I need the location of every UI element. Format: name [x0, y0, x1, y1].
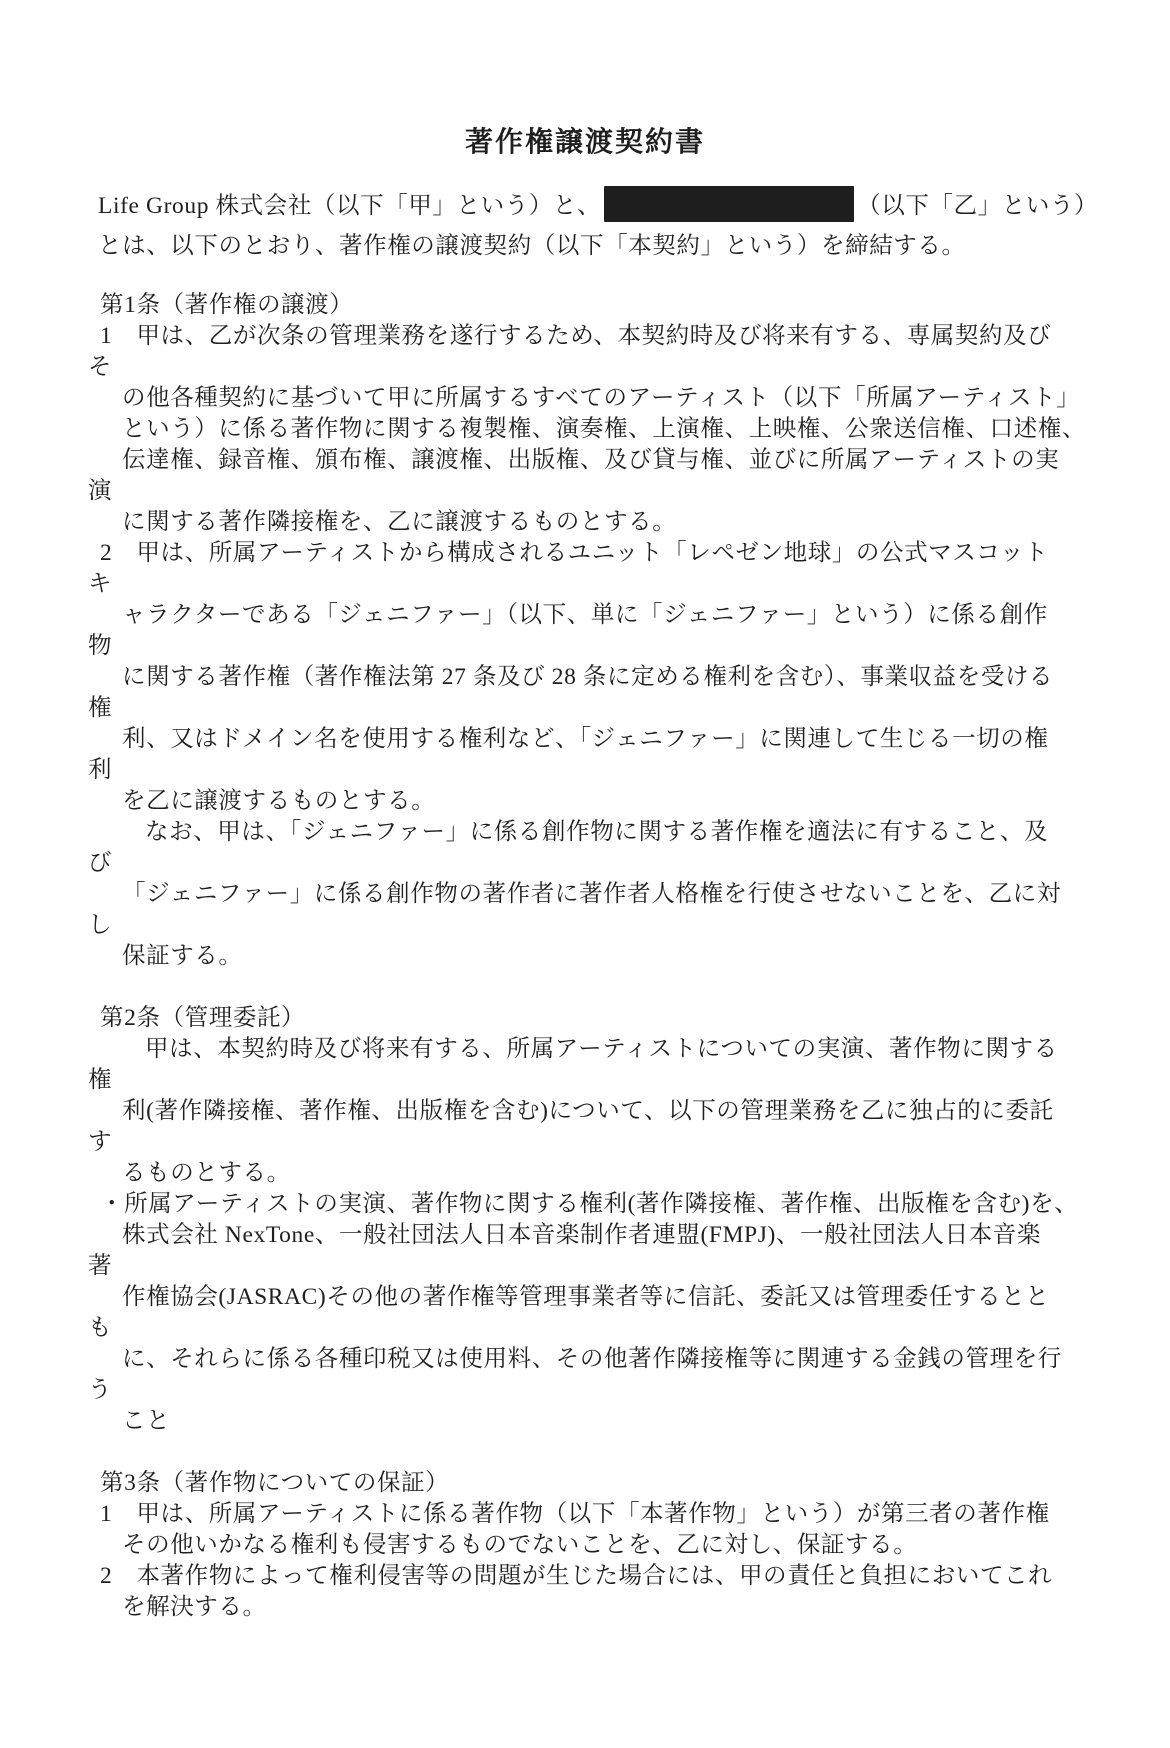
document-line: 「ジェニファー」に係る創作物の著作者に著作者人格権を行使させないことを、乙に対 [122, 879, 1086, 910]
document-line: 物 [88, 631, 1086, 662]
document-line: 1 甲は、所属アーティストに係る著作物（以下「本著作物」という）が第三者の著作権 [100, 1499, 1086, 1530]
document-line: 2 甲は、所属アーティストから構成されるユニット「レペゼン地球」の公式マスコット [100, 538, 1086, 569]
document-line: という）に係る著作物に関する複製権、演奏権、上演権、上映権、公衆送信権、口述権、 [122, 414, 1086, 445]
document-page: 著作権譲渡契約書 Life Group 株式会社（以下「甲」という）と、（以下「… [0, 0, 1170, 1748]
document-line: し [88, 910, 1086, 941]
document-line: 演 [88, 476, 1086, 507]
blank-line [88, 972, 1086, 1003]
document-line: に関する著作隣接権を、乙に譲渡するものとする。 [122, 507, 1086, 538]
document-line: 伝達権、録音権、頒布権、譲渡権、出版権、及び貸与権、並びに所属アーティストの実 [122, 445, 1086, 476]
document-line: 権 [88, 693, 1086, 724]
intro-text-before-redaction: Life Group 株式会社（以下「甲」という）と、 [98, 193, 601, 219]
document-line: に関する著作権（著作権法第 27 条及び 28 条に定める権利を含む）、事業収益… [122, 662, 1086, 693]
document-line: 利 [88, 755, 1086, 786]
document-line: 甲は、本契約時及び将来有する、所属アーティストについての実演、著作物に関する [145, 1034, 1086, 1065]
document-line: ャラクターである「ジェニファー」（以下、単に「ジェニファー」という）に係る創作 [122, 600, 1086, 631]
document-line: 作権協会(JASRAC)その他の著作権等管理事業者等に信託、委託又は管理委任する… [122, 1282, 1086, 1313]
document-line: 株式会社 NexTone、一般社団法人日本音楽制作者連盟(FMPJ)、一般社団法… [122, 1220, 1086, 1251]
intro-paragraph: Life Group 株式会社（以下「甲」という）と、（以下「乙」という） とは… [98, 186, 1098, 266]
redaction-box [604, 186, 854, 222]
document-line: 第3条（著作物についての保証） [100, 1468, 1086, 1499]
document-line: なお、甲は、「ジェニファー」に係る創作物に関する著作権を適法に有すること、及 [145, 817, 1086, 848]
document-line: を乙に譲渡するものとする。 [122, 786, 1086, 817]
document-line: う [88, 1375, 1086, 1406]
document-title: 著作権譲渡契約書 [88, 120, 1082, 160]
document-line: そ [88, 352, 1086, 383]
intro-line: とは、以下のとおり、著作権の譲渡契約（以下「本契約」という）を締結する。 [98, 226, 1098, 266]
document-line: 第1条（著作権の譲渡） [100, 290, 1086, 321]
intro-line: Life Group 株式会社（以下「甲」という）と、（以下「乙」という） [98, 186, 1098, 226]
document-line: 保証する。 [122, 941, 1086, 972]
document-line: に、それらに係る各種印税又は使用料、その他著作隣接権等に関連する金銭の管理を行 [122, 1344, 1086, 1375]
document-line: その他いかなる権利も侵害するものでないことを、乙に対し、保証する。 [122, 1530, 1086, 1561]
document-line: キ [88, 569, 1086, 600]
document-line: 第2条（管理委託） [100, 1003, 1086, 1034]
blank-line [88, 1437, 1086, 1468]
document-line: 2 本著作物によって権利侵害等の問題が生じた場合には、甲の責任と負担においてこれ [100, 1561, 1086, 1592]
document-line: 権 [88, 1065, 1086, 1096]
document-line: 利(著作隣接権、著作権、出版権を含む)について、以下の管理業務を乙に独占的に委託 [122, 1096, 1086, 1127]
document-line: こと [122, 1406, 1086, 1437]
document-line: を解決する。 [122, 1592, 1086, 1623]
intro-text-after-redaction: （以下「乙」という） [857, 193, 1098, 219]
document-line: 1 甲は、乙が次条の管理業務を遂行するため、本契約時及び将来有する、専属契約及び [100, 321, 1086, 352]
document-line: るものとする。 [122, 1158, 1086, 1189]
document-line: 利、又はドメイン名を使用する権利など、「ジェニファー」に関連して生じる一切の権 [122, 724, 1086, 755]
document-line: も [88, 1313, 1086, 1344]
document-line: び [88, 848, 1086, 879]
document-line: 著 [88, 1251, 1086, 1282]
document-line: す [88, 1127, 1086, 1158]
document-line: ・所属アーティストの実演、著作物に関する権利(著作隣接権、著作権、出版権を含む)… [100, 1189, 1086, 1220]
document-body: 第1条（著作権の譲渡）1 甲は、乙が次条の管理業務を遂行するため、本契約時及び将… [88, 290, 1086, 1623]
document-line: の他各種契約に基づいて甲に所属するすべてのアーティスト（以下「所属アーティスト」 [122, 383, 1086, 414]
